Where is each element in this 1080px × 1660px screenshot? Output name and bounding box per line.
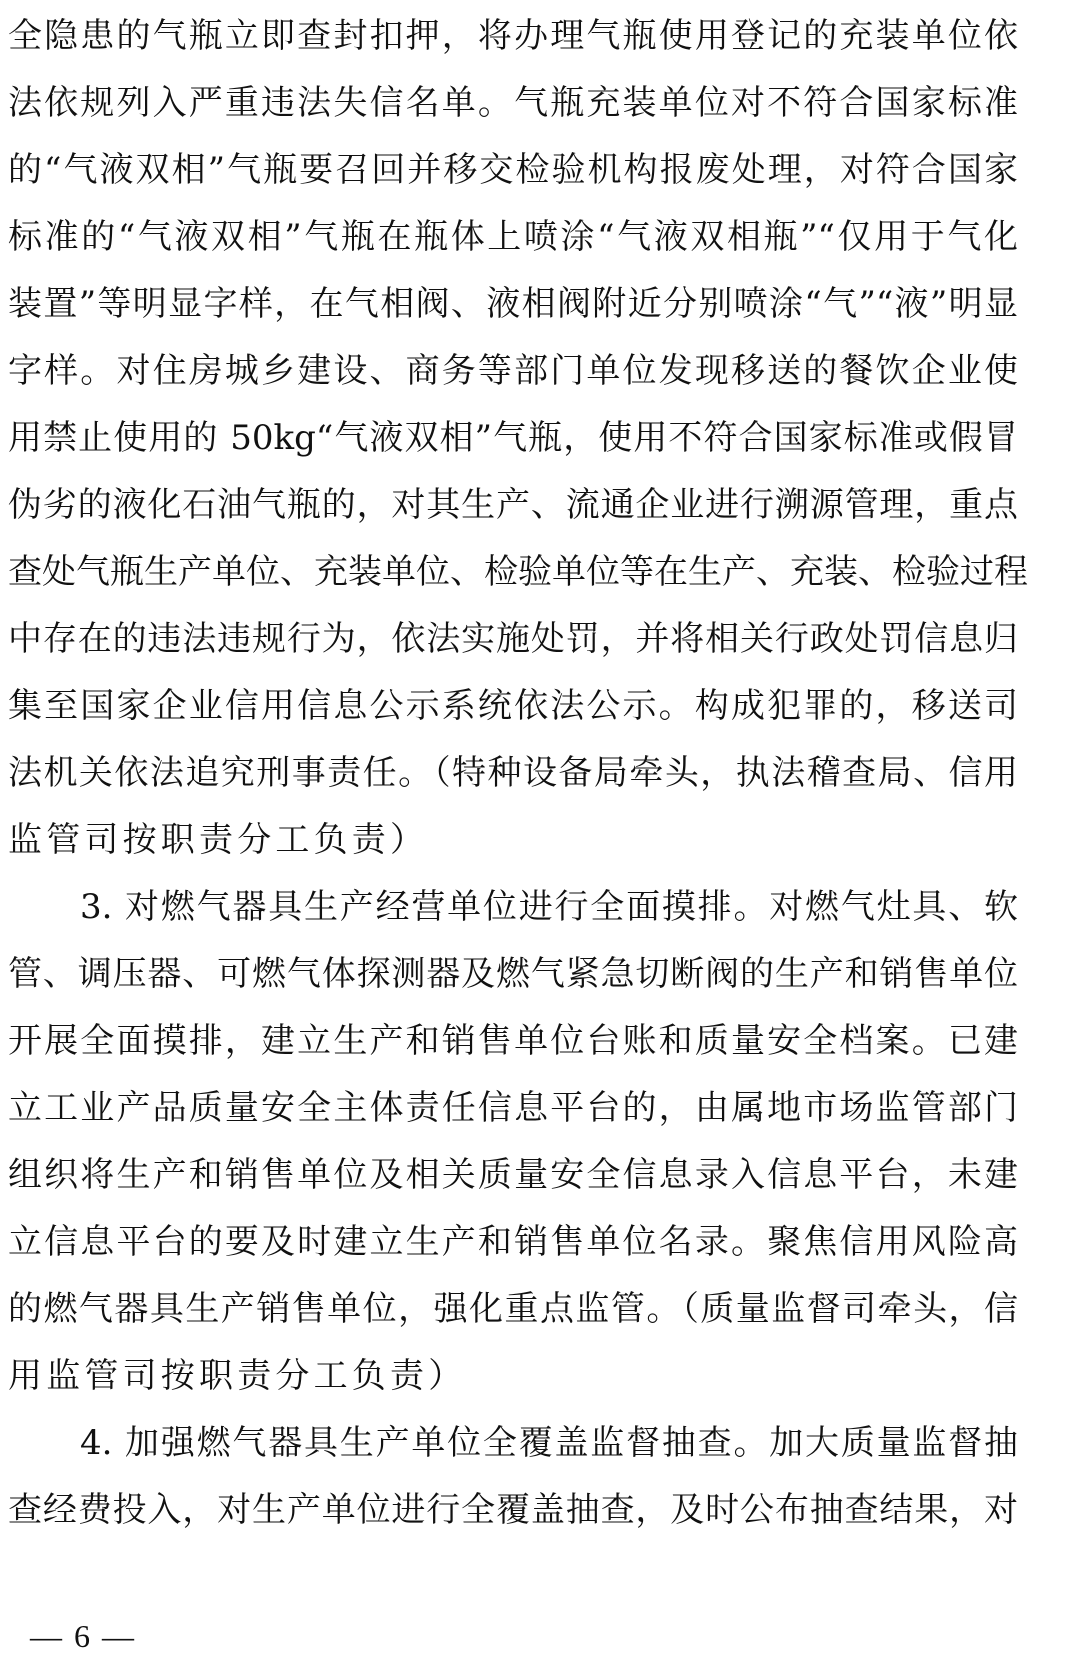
text-line: 字样。对住房城乡建设、商务等部门单位发现移送的餐饮企业使 [8,349,1018,416]
text-line: 全隐患的气瓶立即查封扣押，将办理气瓶使用登记的充装单位依 [8,14,1018,81]
page-number: — 6 — [30,1616,136,1656]
text-line-paragraph-end: 用监管司按职责分工负责） [8,1354,466,1421]
text-line: 立信息平台的要及时建立生产和销售单位名录。聚焦信用风险高 [8,1220,1018,1287]
text-line: 法依规列入严重违法失信名单。气瓶充装单位对不符合国家标准 [8,81,1018,148]
text-line: 开展全面摸排，建立生产和销售单位台账和质量安全档案。已建 [8,1019,1018,1086]
text-line: 集至国家企业信用信息公示系统依法公示。构成犯罪的，移送司 [8,684,1018,751]
text-line: 查处气瓶生产单位、充装单位、检验单位等在生产、充装、检验过程 [8,550,1018,617]
text-line: 管、调压器、可燃气体探测器及燃气紧急切断阀的生产和销售单位 [8,952,1018,1019]
text-line: 的“气液双相”气瓶要召回并移交检验机构报废处理，对符合国家 [8,148,1018,215]
text-line: 伪劣的液化石油气瓶的，对其生产、流通企业进行溯源管理，重点 [8,483,1018,550]
text-line: 法机关依法追究刑事责任。（特种设备局牵头，执法稽查局、信用 [8,751,1018,818]
text-line-paragraph-end: 监管司按职责分工负责） [8,818,428,885]
text-line: 标准的“气液双相”气瓶在瓶体上喷涂“气液双相瓶”“仅用于气化 [8,215,1018,282]
text-line: 立工业产品质量安全主体责任信息平台的，由属地市场监管部门 [8,1086,1018,1153]
text-line: 用禁止使用的 50kg“气液双相”气瓶，使用不符合国家标准或假冒 [8,416,1018,483]
section-heading-3: 3. 对燃气器具生产经营单位进行全面摸排。对燃气灶具、软 [80,885,1018,952]
text-line: 的燃气器具生产销售单位，强化重点监管。（质量监督司牵头，信 [8,1287,1018,1354]
text-line: 装置”等明显字样，在气相阀、液相阀附近分别喷涂“气”“液”明显 [8,282,1018,349]
text-line: 查经费投入，对生产单位进行全覆盖抽查，及时公布抽查结果，对 [8,1488,1018,1555]
text-line: 中存在的违法违规行为，依法实施处罚，并将相关行政处罚信息归 [8,617,1018,684]
section-heading-4: 4. 加强燃气器具生产单位全覆盖监督抽查。加大质量监督抽 [80,1421,1018,1488]
text-line: 组织将生产和销售单位及相关质量安全信息录入信息平台，未建 [8,1153,1018,1220]
